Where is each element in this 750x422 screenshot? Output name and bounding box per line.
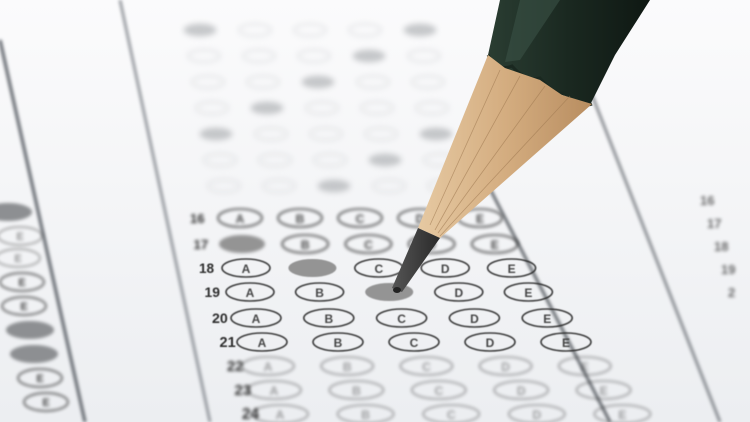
answer-sheet-photo: EEEEEE 16ABCDE17BCDE18ACDE19ABDE20ABCDE2… xyxy=(0,0,750,422)
pencil-lead xyxy=(392,228,440,292)
pencil xyxy=(0,0,750,422)
